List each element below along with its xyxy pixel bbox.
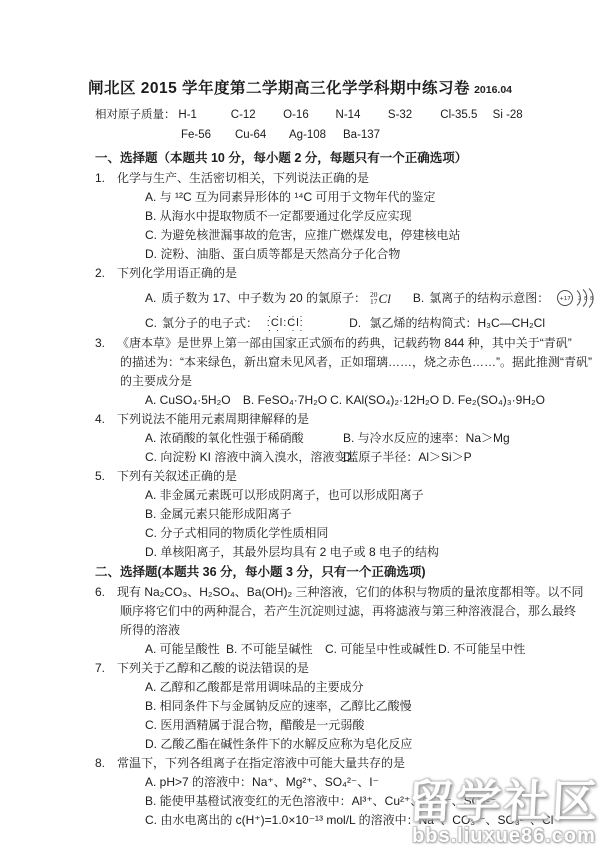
option-a: A. 质子数为 17、中子数为 20 的氯原子： 20 17 Cl xyxy=(145,289,391,308)
question-stem: 5.下列有关叙述正确的是 xyxy=(95,467,545,486)
watermark-site-name: 留学社区 xyxy=(407,778,600,826)
question-stem-text: 《唐本草》是世界上第一部由国家正式颁布的药典，记载药物 844 种，其中关于“青… xyxy=(117,336,572,350)
option-label: D. xyxy=(349,316,361,330)
question-stem: 2.下列化学用语正确的是 xyxy=(95,264,545,283)
question-number: 4. xyxy=(95,410,117,429)
option-c: C. 可能呈中性或碱性 xyxy=(325,640,438,659)
question-stem: 3.《唐本草》是世界上第一部由国家正式颁布的药典，记载药物 844 种，其中关于… xyxy=(95,334,545,353)
mass-value: Fe-56 xyxy=(181,125,235,145)
question-4: 4.下列说法不能用元素周期律解释的是 A. 浓硝酸的氧化性强于稀硝酸 B. 与冷… xyxy=(95,410,545,467)
option-d: D. 氯乙烯的结构简式：H₃C—CH₂Cl xyxy=(349,314,545,333)
question-stem-text: 下列有关叙述正确的是 xyxy=(117,469,237,483)
option-c: C. 为避免核泄漏事故的危害，应推广燃煤发电，停建核电站 xyxy=(95,226,545,245)
question-stem-continuation: 顺序将它们中的两种混合，若产生沉淀则过滤，再将滤液与第三种溶液混合，那么最终 xyxy=(95,602,545,621)
option-b: B. 氯离子的结构示意图： +17 2 8 8 xyxy=(413,285,600,311)
option-d: D. 乙酸乙酯在碱性条件下的水解反应称为皂化反应 xyxy=(95,735,545,754)
watermark-site-url: bbs.liuxue86.com xyxy=(408,826,600,846)
question-4-options-cd: C. 向淀粉 KI 溶液中滴入溴水，溶液变蓝 D. 原子半径：Al＞Si＞P xyxy=(95,448,545,467)
option-text: 氯离子的结构示意图： xyxy=(429,289,549,308)
exam-date: 2016.04 xyxy=(474,84,512,96)
option-c: C. 分子式相同的物质化学性质相同 xyxy=(95,524,545,543)
option-a: A. 与 ¹²C 互为同素异形体的 ¹⁴C 可用于文物年代的鉴定 xyxy=(95,188,545,207)
mass-value: H-1 xyxy=(178,105,230,125)
question-stem: 1.化学与生产、生活密切相关，下列说法正确的是 xyxy=(95,169,545,188)
mass-value: O-16 xyxy=(283,105,335,125)
mass-value: Ba-137 xyxy=(343,125,397,145)
question-stem-continuation: 所得的溶液 xyxy=(95,621,545,640)
atomic-mass-label: 相对原子质量： xyxy=(95,105,178,125)
option-a: A. 非金属元素既可以形成阴离子，也可以形成阳离子 xyxy=(95,486,545,505)
option-b: B. 金属元素只能形成阳离子 xyxy=(95,505,545,524)
exam-title: 闸北区 2015 学年度第二学期高三化学学科期中练习卷 xyxy=(88,80,470,97)
section-1-heading: 一、选择题（本题共 10 分，每小题 2 分，每题只有一个正确选项） xyxy=(95,148,545,169)
section-2-heading: 二、选择题(本题共 36 分，每小题 3 分，只有一个正确选项) xyxy=(95,562,545,583)
option-b: B. FeSO₄·7H₂O xyxy=(243,391,330,410)
question-stem-text: 下列说法不能用元素周期律解释的是 xyxy=(117,412,309,426)
option-b: B. 与冷水反应的速率：Na＞Mg xyxy=(343,429,510,448)
question-number: 1. xyxy=(95,169,117,188)
mass-value: C-12 xyxy=(231,105,283,125)
option-c: C. KAl(SO₄)₂·12H₂O xyxy=(330,391,442,410)
option-label: A. xyxy=(145,289,156,308)
option-b: B. 从海水中提取物质不一定都要通过化学反应实现 xyxy=(95,207,545,226)
option-b: B. 不可能呈碱性 xyxy=(226,640,325,659)
option-text: 氯分子的电子式： xyxy=(162,314,258,333)
option-d: D. 单核阳离子，其最外层均具有 2 电子或 8 电子的结构 xyxy=(95,543,545,562)
option-d: D. 淀粉、油脂、蛋白质等都是天然高分子化合物 xyxy=(95,245,545,264)
question-3-options: A. CuSO₄·5H₂O B. FeSO₄·7H₂O C. KAl(SO₄)₂… xyxy=(95,391,545,410)
question-2: 2.下列化学用语正确的是 A. 质子数为 17、中子数为 20 的氯原子： 20… xyxy=(95,264,545,334)
question-3: 3.《唐本草》是世界上第一部由国家正式颁布的药典，记载药物 844 种，其中关于… xyxy=(95,334,545,410)
atomic-mass-label-spacer xyxy=(95,125,181,145)
question-number: 5. xyxy=(95,467,117,486)
nucleus-charge-label: +17 xyxy=(559,296,571,302)
option-a: A. 可能呈酸性 xyxy=(145,640,226,659)
chlorine-electron-formula: ·· ·· :Cl:Cl: ·· ·· xyxy=(263,314,308,333)
page-title: 闸北区 2015 学年度第二学期高三化学学科期中练习卷2016.04 xyxy=(0,76,600,98)
question-number: 7. xyxy=(95,659,117,678)
question-2-options-cd: C. 氯分子的电子式： ·· ·· :Cl:Cl: ·· ·· D. 氯乙烯的结… xyxy=(95,313,545,334)
question-stem: 4.下列说法不能用元素周期律解释的是 xyxy=(95,410,545,429)
option-text: 氯乙烯的结构简式：H₃C—CH₂Cl xyxy=(369,316,545,330)
question-number: 3. xyxy=(95,334,117,353)
option-c: C. 向淀粉 KI 溶液中滴入溴水，溶液变蓝 xyxy=(145,448,343,467)
mass-value: Si -28 xyxy=(493,105,545,125)
option-c: C. 氯分子的电子式： ·· ·· :Cl:Cl: ·· ·· xyxy=(145,314,349,333)
electron-dots-bottom: ·· ·· xyxy=(263,328,308,333)
option-text: 质子数为 17、中子数为 20 的氯原子： xyxy=(161,289,366,308)
atomic-mass-row-1: 相对原子质量： H-1 C-12 O-16 N-14 S-32 Cl-35.5 … xyxy=(95,105,545,125)
question-2-options-ab: A. 质子数为 17、中子数为 20 的氯原子： 20 17 Cl B. 氯离子… xyxy=(95,283,545,313)
exam-page: 闸北区 2015 学年度第二学期高三化学学科期中练习卷2016.04 相对原子质… xyxy=(0,0,600,848)
question-6-options: A. 可能呈酸性 B. 不可能呈碱性 C. 可能呈中性或碱性 D. 不可能呈中性 xyxy=(95,640,545,659)
question-5: 5.下列有关叙述正确的是 A. 非金属元素既可以形成阴离子，也可以形成阳离子 B… xyxy=(95,467,545,562)
question-number: 6. xyxy=(95,583,117,602)
question-4-options-ab: A. 浓硝酸的氧化性强于稀硝酸 B. 与冷水反应的速率：Na＞Mg xyxy=(95,429,545,448)
option-c: C. 医用酒精属于混合物，醋酸是一元弱酸 xyxy=(95,716,545,735)
isotope-symbol: Cl xyxy=(379,289,391,308)
isotope-numbers: 20 17 xyxy=(370,291,378,305)
question-stem-text: 下列化学用语正确的是 xyxy=(117,266,237,280)
option-b: B. 相同条件下与金属钠反应的速率，乙醇比乙酸慢 xyxy=(95,697,545,716)
isotope-atomic-number: 17 xyxy=(370,298,378,305)
shell-electron-count: 8 xyxy=(584,296,587,302)
question-stem-continuation: 的主要成分是 xyxy=(95,372,545,391)
mass-value: Ag-108 xyxy=(289,125,343,145)
watermark: 留学社区 bbs.liuxue86.com xyxy=(408,778,600,846)
atomic-mass-table: 相对原子质量： H-1 C-12 O-16 N-14 S-32 Cl-35.5 … xyxy=(95,105,545,145)
question-stem-text: 常温下，下列各组离子在指定溶液中可能大量共存的是 xyxy=(117,756,405,770)
option-d: D. Fe₂(SO₄)₃·9H₂O xyxy=(443,391,545,410)
option-a: A. CuSO₄·5H₂O xyxy=(145,391,243,410)
option-a: A. 浓硝酸的氧化性强于稀硝酸 xyxy=(145,429,343,448)
shell-electron-count: 8 xyxy=(590,296,593,302)
question-stem-text: 现有 Na₂CO₃、H₂SO₄、Ba(OH)₂ 三种溶液，它们的体积与物质的量浓… xyxy=(117,585,583,599)
mass-value: N-14 xyxy=(336,105,388,125)
question-stem: 8.常温下，下列各组离子在指定溶液中可能大量共存的是 xyxy=(95,754,545,773)
question-1: 1.化学与生产、生活密切相关，下列说法正确的是 A. 与 ¹²C 互为同素异形体… xyxy=(95,169,545,264)
option-d: D. 原子半径：Al＞Si＞P xyxy=(343,448,472,467)
atomic-mass-row-2: Fe-56 Cu-64 Ag-108 Ba-137 xyxy=(95,125,545,145)
question-6: 6.现有 Na₂CO₃、H₂SO₄、Ba(OH)₂ 三种溶液，它们的体积与物质的… xyxy=(95,583,545,659)
option-label: B. xyxy=(413,289,424,308)
mass-value: S-32 xyxy=(388,105,440,125)
question-7: 7.下列关于乙醇和乙酸的说法错误的是 A. 乙醇和乙酸都是常用调味品的主要成分 … xyxy=(95,659,545,754)
option-label: C. xyxy=(145,314,157,333)
shell-electron-count: 2 xyxy=(578,296,581,302)
chlorine-isotope-notation: 20 17 Cl xyxy=(370,289,391,308)
option-a: A. 乙醇和乙酸都是常用调味品的主要成分 xyxy=(95,678,545,697)
question-stem-text: 化学与生产、生活密切相关，下列说法正确的是 xyxy=(117,171,369,185)
question-stem-text: 下列关于乙醇和乙酸的说法错误的是 xyxy=(117,661,309,675)
question-stem: 7.下列关于乙醇和乙酸的说法错误的是 xyxy=(95,659,545,678)
mass-value: Cl-35.5 xyxy=(440,105,492,125)
question-number: 2. xyxy=(95,264,117,283)
mass-value: Cu-64 xyxy=(235,125,289,145)
chloride-ion-structure-diagram: +17 2 8 8 xyxy=(555,285,600,311)
question-stem-continuation: 的描述为：“本来绿色，新出窟未见风者，正如瑠璃……，烧之赤色……”。据此推测“青… xyxy=(95,353,545,372)
exam-body: 相对原子质量： H-1 C-12 O-16 N-14 S-32 Cl-35.5 … xyxy=(95,105,545,830)
question-number: 8. xyxy=(95,754,117,773)
question-stem: 6.现有 Na₂CO₃、H₂SO₄、Ba(OH)₂ 三种溶液，它们的体积与物质的… xyxy=(95,583,545,602)
option-d: D. 不可能呈中性 xyxy=(438,640,525,659)
